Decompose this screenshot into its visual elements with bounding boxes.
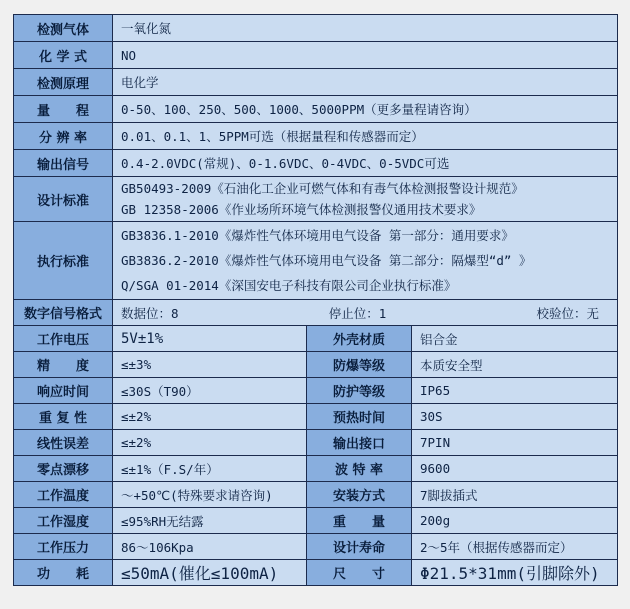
measuring-range-label: 量 程 [14,96,113,123]
design-standard-value: GB50493-2009《石油化工企业可燃气体和有毒气体检测报警设计规范》 GB… [113,177,618,222]
accuracy-value: ≤±3% [113,352,307,378]
row-resolution: 分 辨 率 0.01、0.1、1、5PPM可选（根据量程和传感器而定） [14,123,618,150]
detection-principle-label: 检测原理 [14,69,113,96]
baud-rate-label: 波 特 率 [307,456,412,482]
zero-drift-label: 零点漂移 [14,456,113,482]
execution-standard-line-1: GB3836.1-2010《爆炸性气体环境用电气设备 第一部分：通用要求》 [121,223,613,248]
weight-value: 200g [412,508,618,534]
row-detection-principle: 检测原理 电化学 [14,69,618,96]
working-temperature-label: 工作温度 [14,482,113,508]
digital-signal-format-value: 数据位：8 停止位：1 校验位：无 [113,300,618,326]
row-working-temperature-installation-mode: 工作温度 ～+50℃(特殊要求请咨询) 安装方式 7脚拔插式 [14,482,618,508]
linearity-error-label: 线性误差 [14,430,113,456]
chemical-formula-value: NO [113,42,618,69]
working-temperature-value: ～+50℃(特殊要求请咨询) [113,482,307,508]
design-life-value: 2～5年（根据传感器而定） [412,534,618,560]
parity-value: 校验位：无 [537,304,600,322]
digital-signal-format-label: 数字信号格式 [14,300,113,326]
row-working-voltage-shell-material: 工作电压 5V±1% 外壳材质 铝合金 [14,326,618,352]
design-standard-line-1: GB50493-2009《石油化工企业可燃气体和有毒气体检测报警设计规范》 [121,178,613,199]
working-pressure-label: 工作压力 [14,534,113,560]
row-working-pressure-design-life: 工作压力 86～106Kpa 设计寿命 2～5年（根据传感器而定） [14,534,618,560]
design-standard-label: 设计标准 [14,177,113,222]
dimensions-label: 尺 寸 [307,560,412,586]
row-design-standard: 设计标准 GB50493-2009《石油化工企业可燃气体和有毒气体检测报警设计规… [14,177,618,222]
explosion-proof-grade-label: 防爆等级 [307,352,412,378]
zero-drift-value: ≤±1%（F.S/年） [113,456,307,482]
warmup-time-value: 30S [412,404,618,430]
output-signal-value: 0.4-2.0VDC(常规)、0-1.6VDC、0-4VDC、0-5VDC可选 [113,150,618,177]
working-humidity-value: ≤95%RH无结露 [113,508,307,534]
output-interface-value: 7PIN [412,430,618,456]
execution-standard-label: 执行标准 [14,222,113,300]
resolution-label: 分 辨 率 [14,123,113,150]
protection-grade-value: IP65 [412,378,618,404]
repeatability-value: ≤±2% [113,404,307,430]
row-measuring-range: 量 程 0-50、100、250、500、1000、5000PPM（更多量程请咨… [14,96,618,123]
dimensions-value: Φ21.5*31mm(引脚除外) [412,560,618,586]
row-repeatability-warmup-time: 重 复 性 ≤±2% 预热时间 30S [14,404,618,430]
resolution-value: 0.01、0.1、1、5PPM可选（根据量程和传感器而定） [113,123,618,150]
stop-bits-value: 停止位：1 [329,304,387,322]
warmup-time-label: 预热时间 [307,404,412,430]
output-signal-label: 输出信号 [14,150,113,177]
chemical-formula-label: 化 学 式 [14,42,113,69]
gas-detector-spec-table: 检测气体 一氧化氮 化 学 式 NO 检测原理 电化学 量 程 0-50、100… [13,14,618,586]
row-accuracy-explosion-proof-grade: 精 度 ≤±3% 防爆等级 本质安全型 [14,352,618,378]
row-power-consumption-dimensions: 功 耗 ≤50mA(催化≤100mA) 尺 寸 Φ21.5*31mm(引脚除外) [14,560,618,586]
repeatability-label: 重 复 性 [14,404,113,430]
working-pressure-value: 86～106Kpa [113,534,307,560]
working-voltage-label: 工作电压 [14,326,113,352]
power-consumption-value: ≤50mA(催化≤100mA) [113,560,307,586]
power-consumption-label: 功 耗 [14,560,113,586]
weight-label: 重 量 [307,508,412,534]
response-time-label: 响应时间 [14,378,113,404]
detection-principle-value: 电化学 [113,69,618,96]
design-life-label: 设计寿命 [307,534,412,560]
row-response-time-protection-grade: 响应时间 ≤30S（T90） 防护等级 IP65 [14,378,618,404]
row-detected-gas: 检测气体 一氧化氮 [14,15,618,42]
row-linearity-error-output-interface: 线性误差 ≤±2% 输出接口 7PIN [14,430,618,456]
execution-standard-value: GB3836.1-2010《爆炸性气体环境用电气设备 第一部分：通用要求》 GB… [113,222,618,300]
measuring-range-value: 0-50、100、250、500、1000、5000PPM（更多量程请咨询） [113,96,618,123]
row-digital-signal-format: 数字信号格式 数据位：8 停止位：1 校验位：无 [14,300,618,326]
row-zero-drift-baud-rate: 零点漂移 ≤±1%（F.S/年） 波 特 率 9600 [14,456,618,482]
detected-gas-label: 检测气体 [14,15,113,42]
output-interface-label: 输出接口 [307,430,412,456]
protection-grade-label: 防护等级 [307,378,412,404]
explosion-proof-grade-value: 本质安全型 [412,352,618,378]
baud-rate-value: 9600 [412,456,618,482]
row-working-humidity-weight: 工作湿度 ≤95%RH无结露 重 量 200g [14,508,618,534]
execution-standard-line-2: GB3836.2-2010《爆炸性气体环境用电气设备 第二部分：隔爆型“d” 》 [121,248,613,273]
shell-material-value: 铝合金 [412,326,618,352]
installation-mode-label: 安装方式 [307,482,412,508]
detected-gas-value: 一氧化氮 [113,15,618,42]
accuracy-label: 精 度 [14,352,113,378]
row-chemical-formula: 化 学 式 NO [14,42,618,69]
linearity-error-value: ≤±2% [113,430,307,456]
data-bits-value: 数据位：8 [121,304,179,322]
response-time-value: ≤30S（T90） [113,378,307,404]
execution-standard-line-3: Q/SGA 01-2014《深国安电子科技有限公司企业执行标准》 [121,273,613,298]
design-standard-line-2: GB 12358-2006《作业场所环境气体检测报警仪通用技术要求》 [121,199,613,220]
installation-mode-value: 7脚拔插式 [412,482,618,508]
working-humidity-label: 工作湿度 [14,508,113,534]
shell-material-label: 外壳材质 [307,326,412,352]
row-execution-standard: 执行标准 GB3836.1-2010《爆炸性气体环境用电气设备 第一部分：通用要… [14,222,618,300]
row-output-signal: 输出信号 0.4-2.0VDC(常规)、0-1.6VDC、0-4VDC、0-5V… [14,150,618,177]
spec-sheet-page: 检测气体 一氧化氮 化 学 式 NO 检测原理 电化学 量 程 0-50、100… [0,0,630,609]
working-voltage-value: 5V±1% [113,326,307,352]
